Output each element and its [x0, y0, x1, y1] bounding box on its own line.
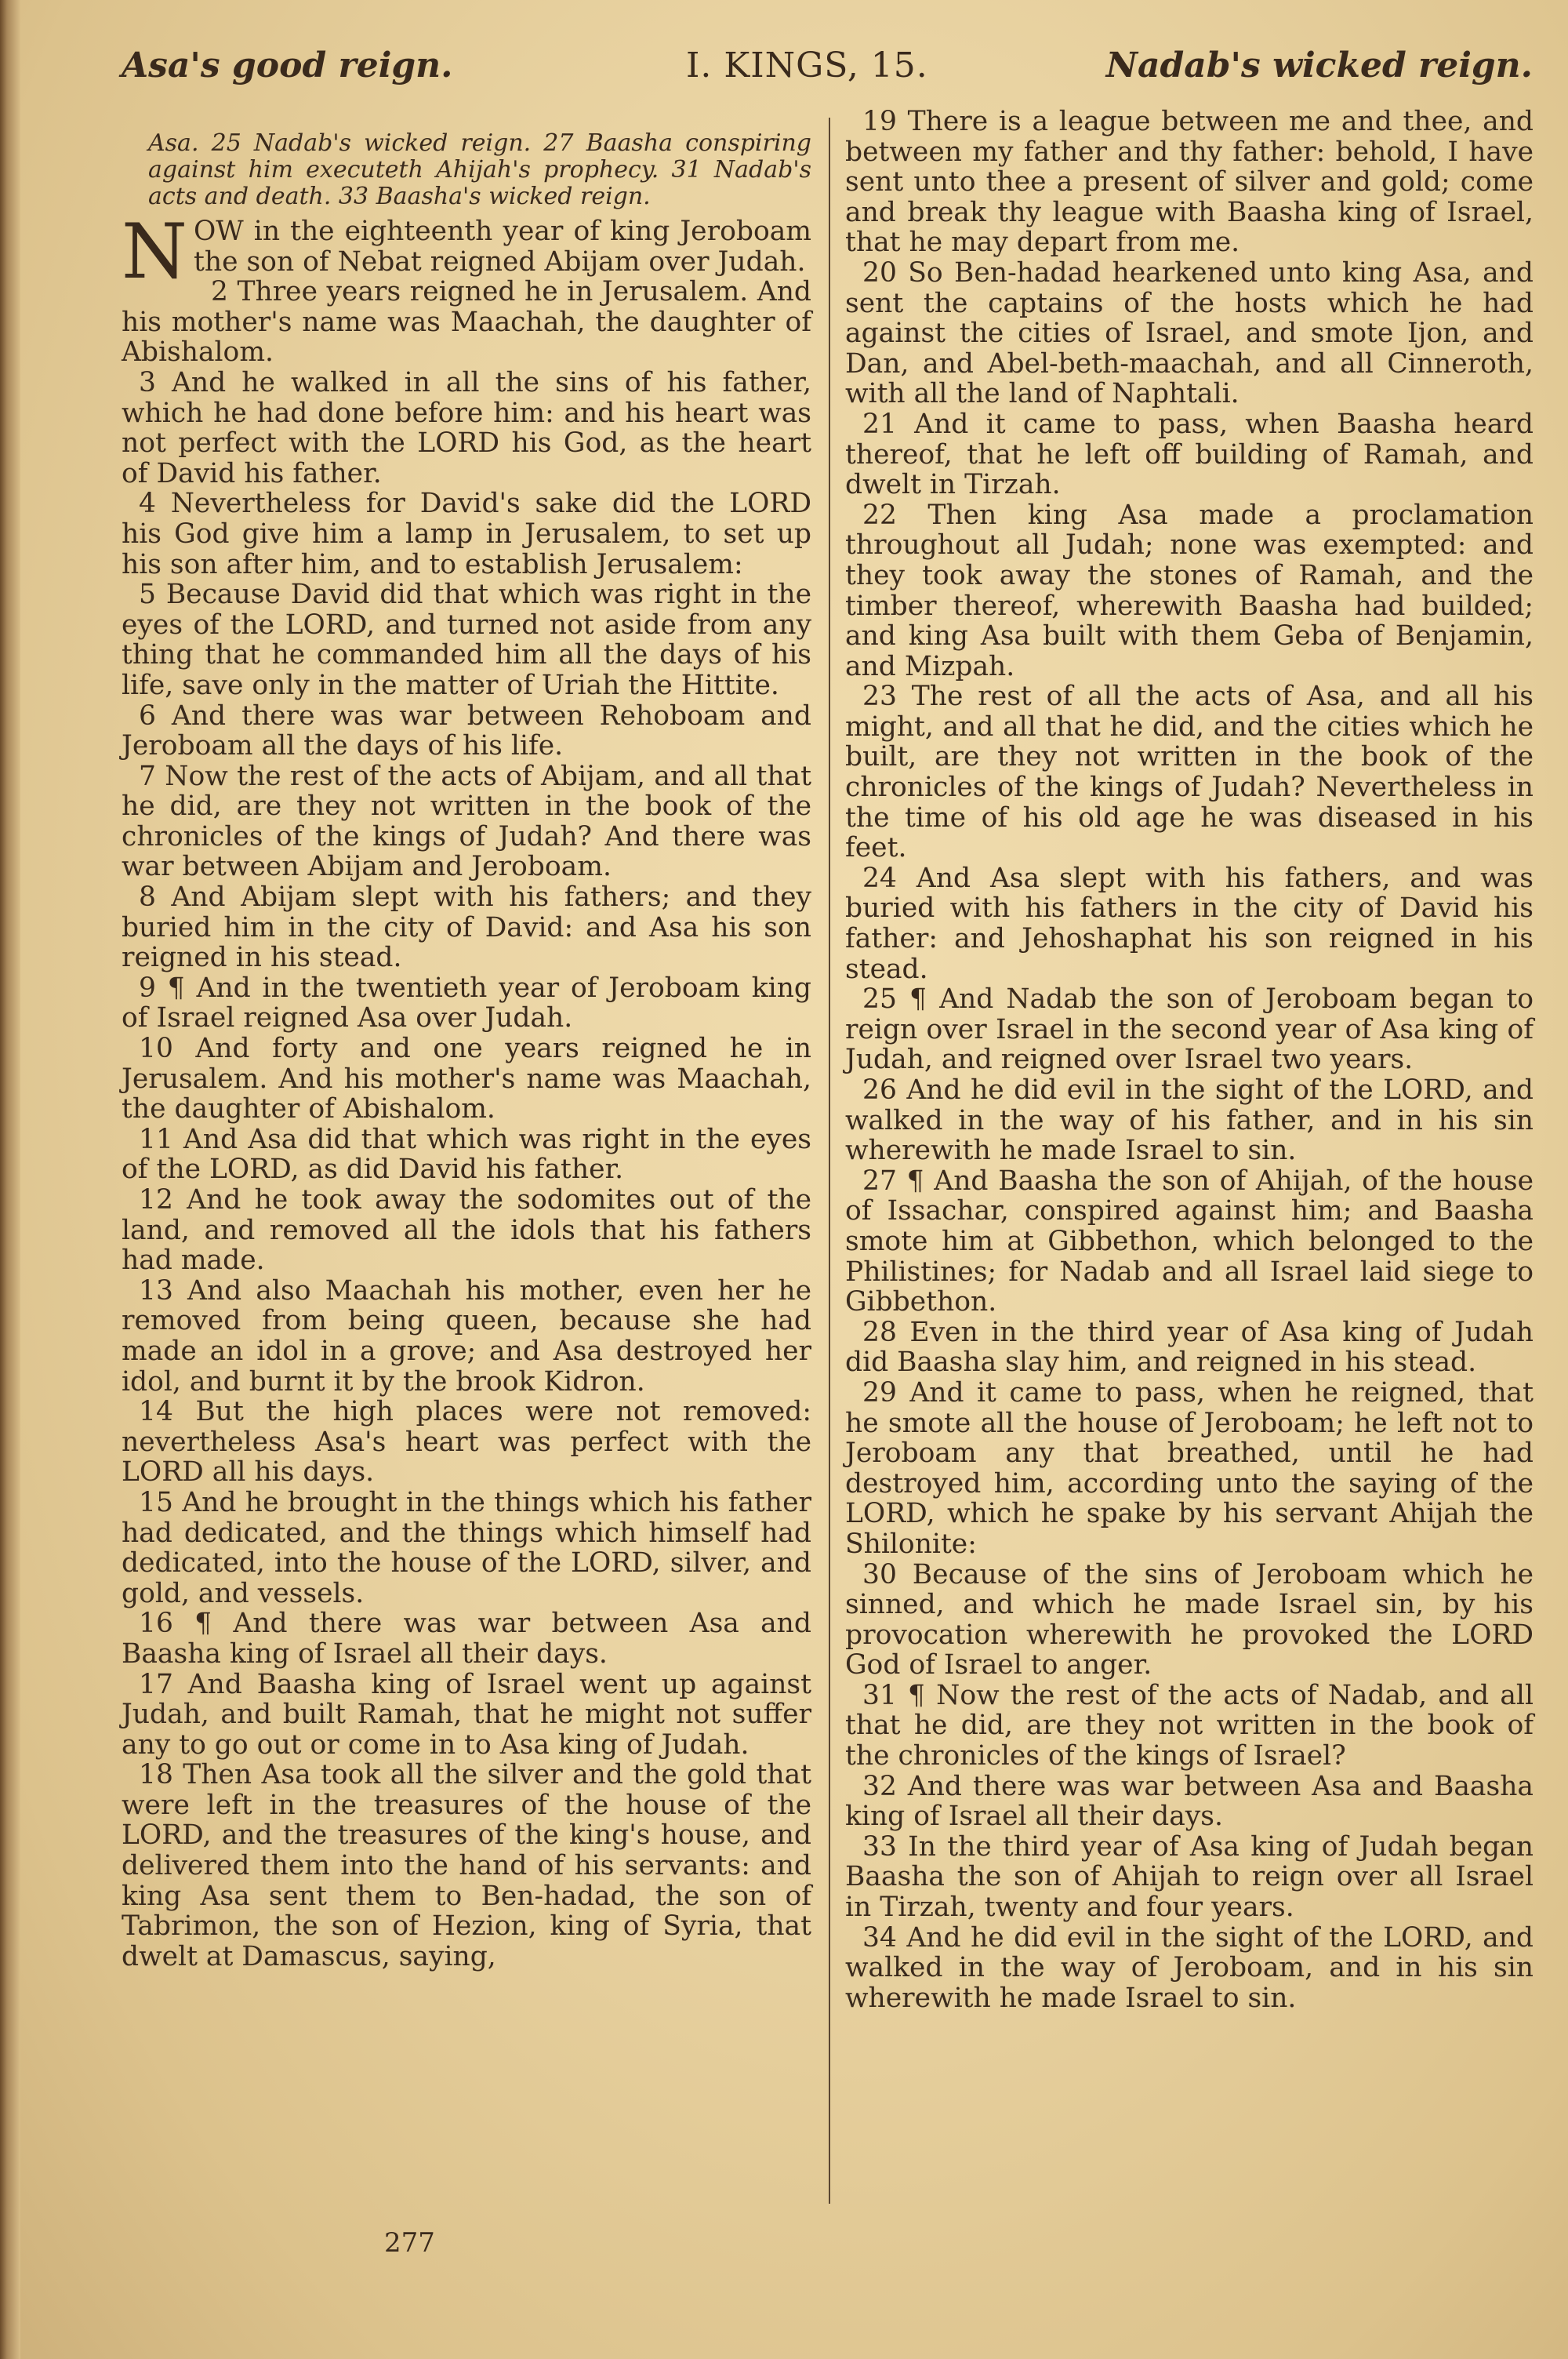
book-chapter-title: I. KINGS, 15.: [686, 45, 928, 85]
verse-13: 13 And also Maachah his mother, even her…: [122, 1276, 811, 1397]
running-head-left: Asa's good reign.: [122, 45, 453, 85]
right-column: 19 There is a league between me and thee…: [845, 107, 1534, 2013]
verse-11: 11 And Asa did that which was right in t…: [122, 1125, 811, 1185]
verse-26: 26 And he did evil in the sight of the L…: [845, 1075, 1534, 1166]
verse-18: 18 Then Asa took all the silver and the …: [122, 1760, 811, 1972]
verse-8: 8 And Abijam slept with his fathers; and…: [122, 882, 811, 973]
running-head-right: Nadab's wicked reign.: [1106, 45, 1533, 85]
verse-6: 6 And there was war between Rehoboam and…: [122, 701, 811, 761]
verse-25: 25 ¶ And Nadab the son of Jeroboam began…: [845, 984, 1534, 1075]
verse-10: 10 And forty and one years reigned he in…: [122, 1034, 811, 1125]
book-spine-shadow: [0, 0, 20, 2359]
verse-2: 2 Three years reigned he in Jerusalem. A…: [122, 277, 811, 368]
verse-9: 9 ¶ And in the twentieth year of Jeroboa…: [122, 973, 811, 1034]
verse-27: 27 ¶ And Baasha the son of Ahijah, of th…: [845, 1166, 1534, 1318]
drop-cap: N: [122, 221, 187, 282]
verse-33: 33 In the third year of Asa king of Juda…: [845, 1832, 1534, 1923]
verse-22: 22 Then king Asa made a proclamation thr…: [845, 500, 1534, 682]
verse-14: 14 But the high places were not removed:…: [122, 1397, 811, 1488]
verse-15: 15 And he brought in the things which hi…: [122, 1488, 811, 1608]
verse-24: 24 And Asa slept with his fathers, and w…: [845, 863, 1534, 984]
verse-5: 5 Because David did that which was right…: [122, 580, 811, 700]
verse-12: 12 And he took away the sodomites out of…: [122, 1185, 811, 1276]
verse-7: 7 Now the rest of the acts of Abijam, an…: [122, 761, 811, 882]
verse-34: 34 And he did evil in the sight of the L…: [845, 1923, 1534, 2014]
verse-31: 31 ¶ Now the rest of the acts of Nadab, …: [845, 1681, 1534, 1772]
chapter-summary: Asa. 25 Nadab's wicked reign. 27 Baasha …: [122, 130, 811, 210]
verse-30: 30 Because of the sins of Jeroboam which…: [845, 1560, 1534, 1681]
verse-32: 32 And there was war between Asa and Baa…: [845, 1772, 1534, 1832]
column-divider: [829, 118, 830, 2204]
left-column: Asa. 25 Nadab's wicked reign. 27 Baasha …: [122, 107, 811, 1972]
verse-3: 3 And he walked in all the sins of his f…: [122, 368, 811, 489]
verse-4: 4 Nevertheless for David's sake did the …: [122, 489, 811, 580]
verse-17: 17 And Baasha king of Israel went up aga…: [122, 1670, 811, 1761]
verse-29: 29 And it came to pass, when he reigned,…: [845, 1378, 1534, 1560]
verse-23: 23 The rest of all the acts of Asa, and …: [845, 682, 1534, 863]
verse-28: 28 Even in the third year of Asa king of…: [845, 1318, 1534, 1378]
verse-1: NOW in the eighteenth year of king Jerob…: [122, 216, 811, 277]
verse-21: 21 And it came to pass, when Baasha hear…: [845, 409, 1534, 500]
verse-19: 19 There is a league between me and thee…: [845, 107, 1534, 258]
verse-20: 20 So Ben-hadad hearkened unto king Asa,…: [845, 258, 1534, 409]
page-header: Asa's good reign. I. KINGS, 15. Nadab's …: [122, 41, 1533, 96]
verse-16: 16 ¶ And there was war between Asa and B…: [122, 1608, 811, 1669]
page-number: 277: [384, 2227, 435, 2259]
